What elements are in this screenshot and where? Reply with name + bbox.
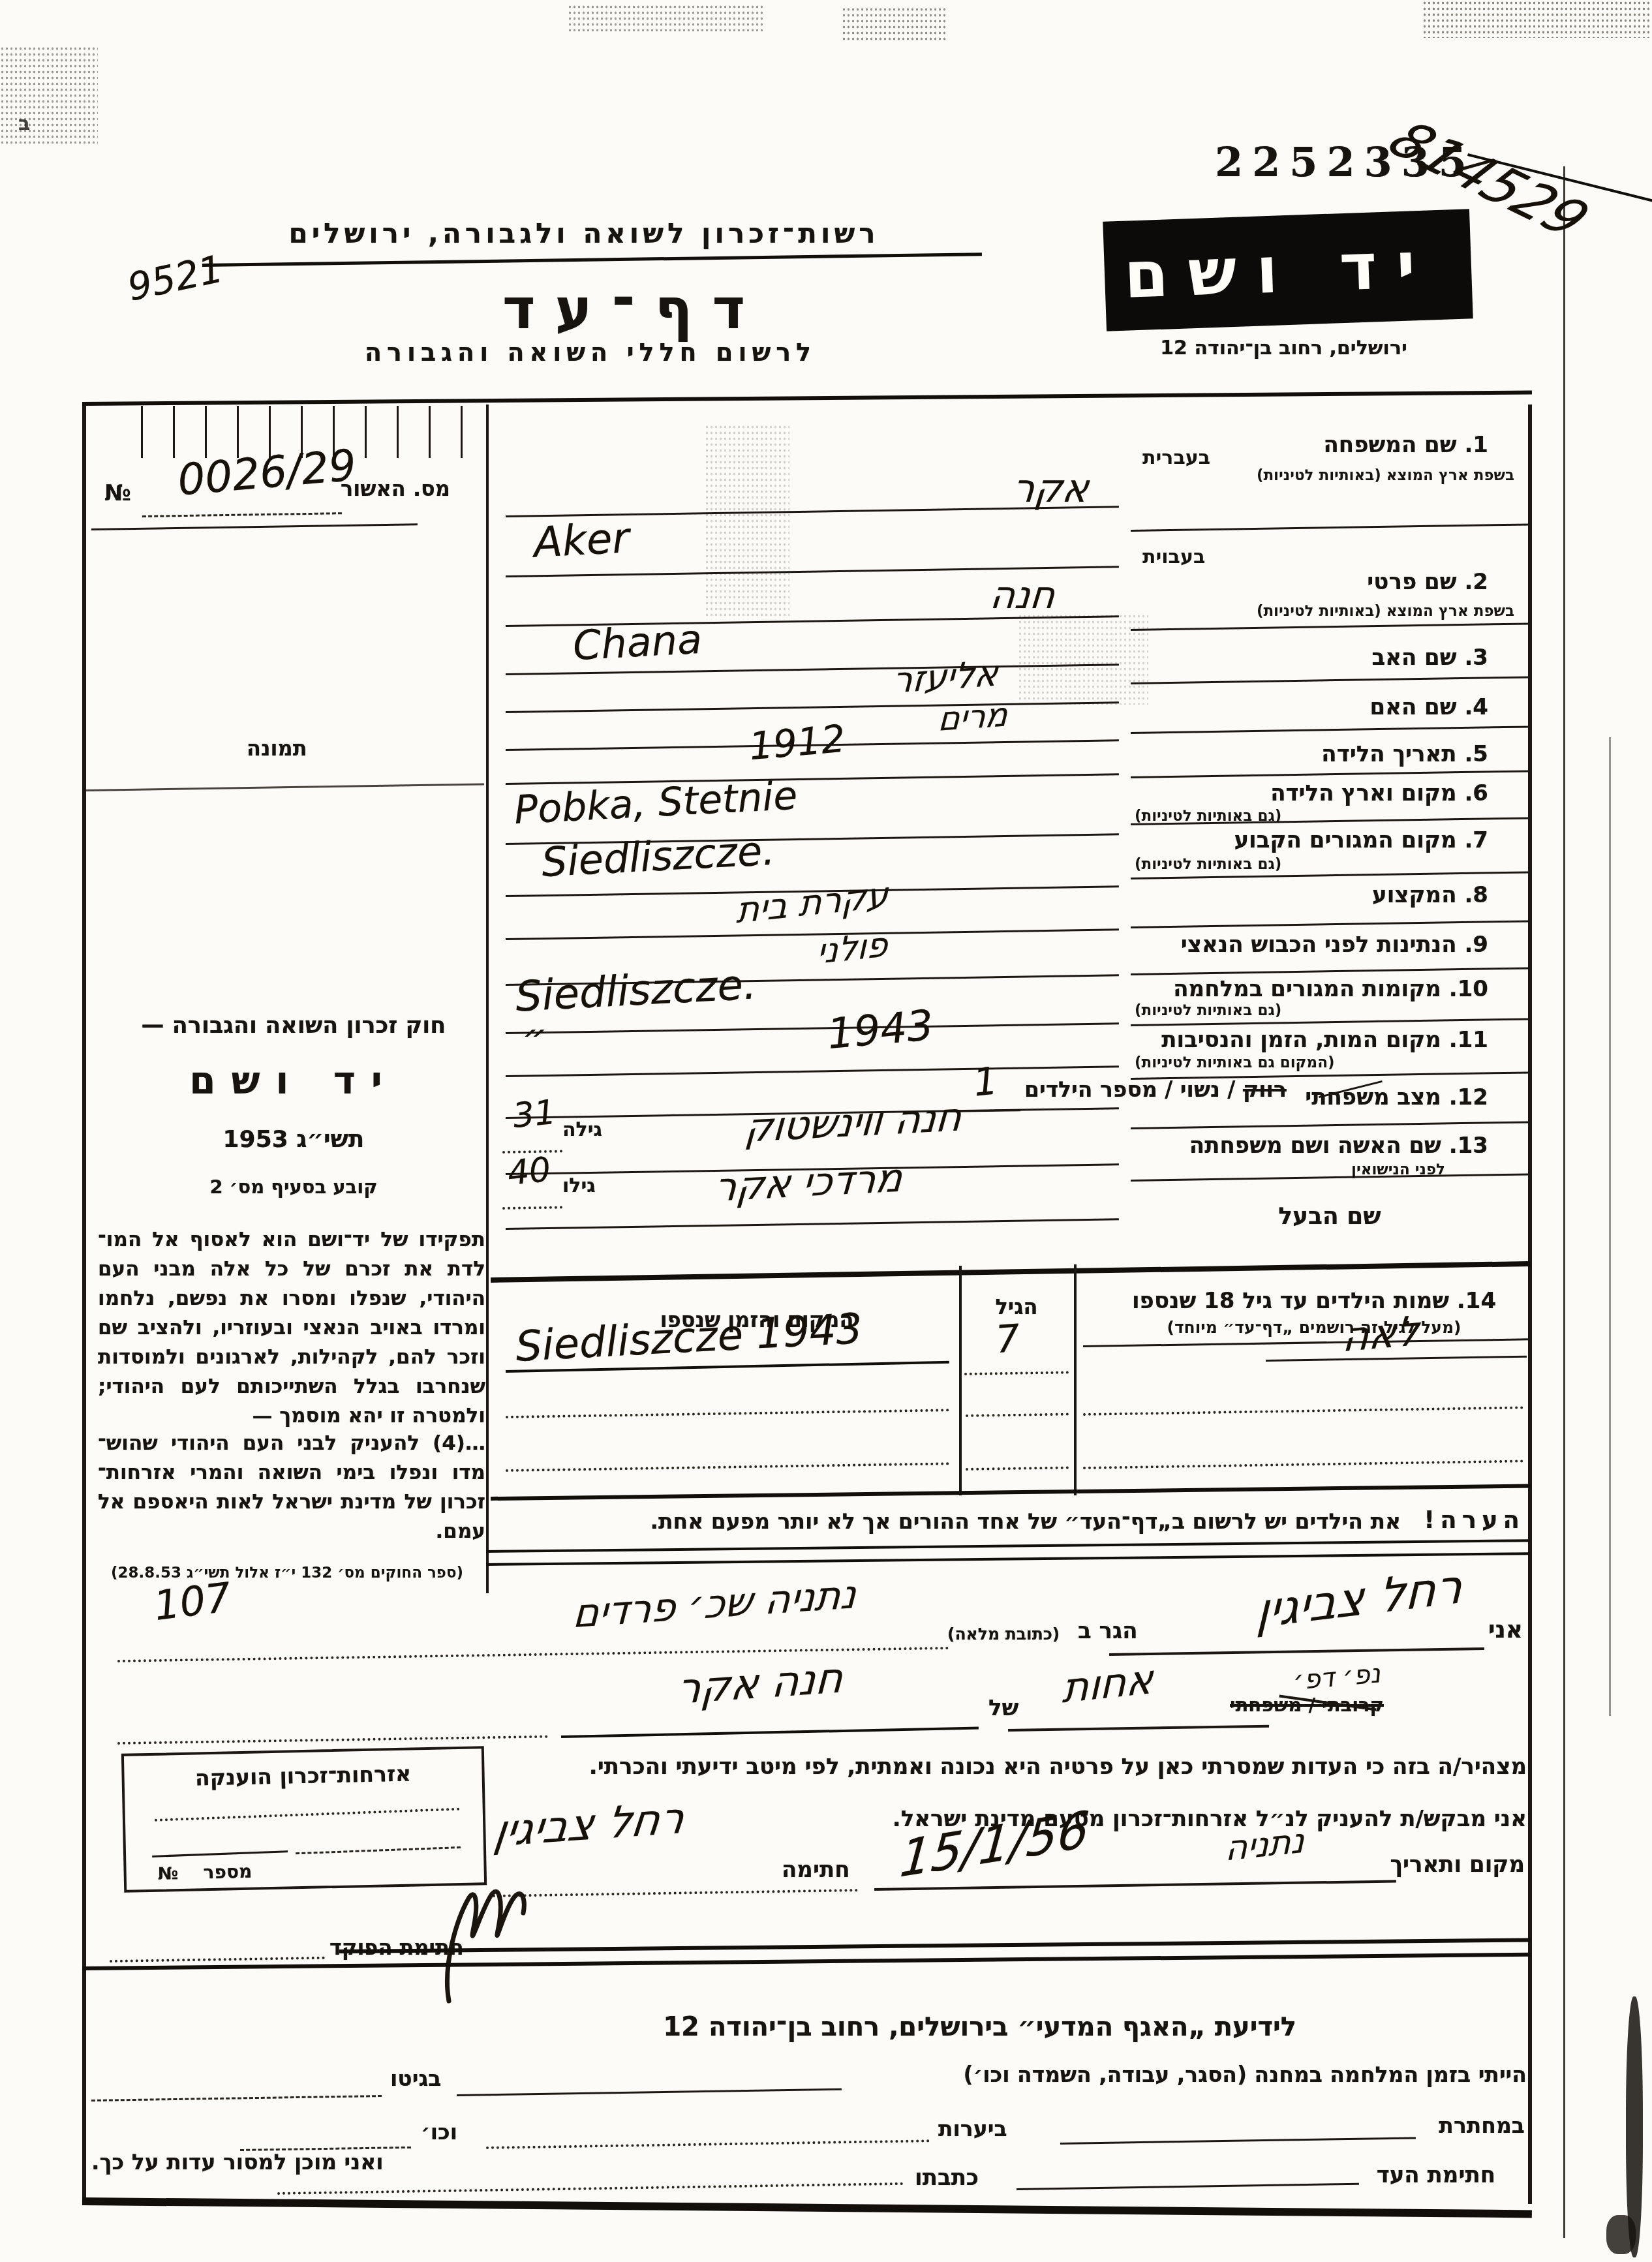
field-separator: [1131, 1121, 1530, 1129]
field-2-number: 2.: [1464, 569, 1488, 595]
scan-noise: [0, 46, 98, 144]
stray-mark: ב: [18, 112, 30, 135]
scan-noise: [1018, 613, 1148, 705]
approval-number-label: מס. האשור: [341, 476, 450, 501]
ghetto-answer-line: [91, 2095, 382, 2102]
field-label-7: 7. מקום המגורים הקבוע (גם באותיות לטיניו…: [1129, 827, 1530, 873]
field-10-title: מקומות המגורים במלחמה: [1173, 976, 1441, 1002]
clerk-signature-line: [110, 1957, 325, 1963]
law-heading-year: תשי״ג 1953: [104, 1126, 483, 1153]
address-number-handwritten: 107: [151, 1573, 234, 1630]
law-source: (ספר החוקים מס׳ 132 י״ז אלול תשי״ג 28.8.…: [90, 1565, 484, 1582]
children-table-top-border: [491, 1261, 1531, 1283]
field-7-title: מקום המגורים הקבוע: [1234, 827, 1456, 853]
field-6-number: 6.: [1464, 780, 1488, 806]
law-paragraph: תפקידו של יד־ושם הוא לאסוף אל המו־ לדת א…: [98, 1225, 485, 1431]
field-separator: [1131, 967, 1530, 975]
declaration-statement-1: מצהיר/ה בזה כי העדות שמסרתי כאן על פרטיה…: [589, 1754, 1527, 1780]
children-table-empty-line: [1083, 1406, 1523, 1416]
field-label-2: בעבוית 2. שם פרטי בשפת ארץ המוצא (באותיו…: [1129, 535, 1530, 620]
field-9-number: 9.: [1464, 932, 1488, 958]
children-table-title: 14. שמות הילדים עד גיל 18 שנספו: [1109, 1288, 1519, 1314]
column-divider: [486, 405, 489, 1593]
witness-address-line: [277, 2182, 904, 2195]
form-subtitle: לרשום חללי השואה והגבורה: [307, 338, 874, 367]
annotation-handwritten: נפ׳ דפ׳: [1292, 1658, 1381, 1696]
form-border-left: [82, 405, 86, 2204]
law-paragraph-2: …(4) להעניק לבני העם היהודי שהוש־ מדו ונ…: [98, 1429, 485, 1546]
clerk-signature-label: חתימת הפוקד: [329, 1935, 464, 1960]
scan-noise: [705, 424, 789, 620]
entry-death-place-ditto: ״: [519, 1015, 549, 1060]
child-age-underline: [964, 1371, 1069, 1375]
field-10-subtitle: (גם באותיות לטיניות): [1129, 1002, 1530, 1019]
signature-line: [493, 1889, 858, 1897]
note-bottom-border2: [486, 1552, 1530, 1566]
field-separator: [1131, 676, 1530, 684]
entry-war-residence: Siedliszcze.: [514, 960, 757, 1021]
husband-name-label: שם הבעל: [1129, 1203, 1530, 1230]
field-7-subtitle: (גם באותיות לטיניות): [1129, 856, 1530, 873]
of-label: של: [988, 1695, 1018, 1721]
relation-line: [1008, 1725, 1269, 1732]
authority-title: רשות־זכרון לשואה ולגבורה, ירושלים: [215, 217, 953, 249]
children-table-column-line: [1074, 1264, 1077, 1495]
field-label-9: 9. הנתינות לפני הכבוש הנאצי: [1129, 932, 1530, 958]
scan-noise: [568, 4, 763, 31]
entry-birth-date: 1912: [747, 716, 847, 769]
entry-citizenship: פולני: [816, 925, 888, 972]
citizenship-number-symbol: №: [157, 1864, 178, 1884]
entry-wife-name: חנה ווינשטוק: [743, 1094, 964, 1152]
his-age-value: 40: [506, 1150, 553, 1194]
camp-answer-line: [457, 2088, 842, 2096]
entry-line: [506, 701, 1119, 713]
field-1-title: שם המשפחה: [1323, 432, 1456, 458]
field-2-language-label: בעבוית: [1142, 545, 1205, 568]
law-heading-yadvashem: יד ושם: [104, 1058, 483, 1103]
field-separator: [1131, 622, 1530, 631]
scientific-branch-notice: לידיעת „האגף המדעי״ בירושלים, רחוב בן־יה…: [663, 2012, 1296, 2042]
approval-row-line: [91, 523, 418, 530]
children-table-empty-line: [506, 1409, 949, 1418]
victim-name-handwritten: חנה אקר: [676, 1654, 845, 1714]
field-label-3: 3. שם האב: [1129, 645, 1530, 671]
marital-options: רווק / נשוי / מספר הילדים: [1024, 1077, 1287, 1102]
scan-noise: [842, 7, 946, 42]
relation-printed-struck: קרובתי / משפחתי: [1230, 1694, 1384, 1716]
testify-statement: ואני מוכן למסור עדות על כך.: [91, 2149, 384, 2175]
declarant-signature-handwritten: רחל צביגין: [491, 1792, 688, 1856]
place-date-line: [874, 1880, 1396, 1891]
yad-vashem-logo: יד ושם: [1103, 209, 1473, 331]
entry-family-name-hebrew: אקר: [1010, 466, 1091, 512]
children-table-empty-line: [966, 1413, 1069, 1417]
field-separator: [1131, 726, 1530, 734]
field-3-number: 3.: [1464, 645, 1488, 671]
underground-label: במחתרת: [1439, 2113, 1525, 2138]
relation-handwritten: אחות: [1062, 1655, 1154, 1712]
form-border-bottom: [82, 2197, 1532, 2218]
declarant-i-label: אני: [1488, 1617, 1523, 1643]
field-11-number: 11.: [1449, 1027, 1488, 1053]
note-label: הערה!: [1424, 1506, 1525, 1534]
field-13-title: שם האשה ושם משפחתה: [1189, 1133, 1441, 1159]
field-5-number: 5.: [1464, 741, 1488, 767]
entry-husband-name: מרדכי אקר: [712, 1155, 904, 1210]
forests-label: ביערות: [938, 2116, 1007, 2141]
field-3-title: שם האב: [1371, 645, 1456, 671]
entry-line: [506, 1065, 1119, 1077]
field-13-number: 13.: [1449, 1133, 1488, 1159]
forests-answer-line: [486, 2139, 930, 2149]
field-11-title: מקום המות, הזמן והנסיבות: [1161, 1027, 1441, 1053]
photo-placeholder-label: תמונה: [247, 736, 307, 761]
field-label-1: בעברית 1. שם המשפחה בשפת ארץ המוצא (באות…: [1129, 432, 1530, 484]
camp-question: הייתי בזמן המלחמה במחנה (הסגר, עבודה, הש…: [964, 2062, 1527, 2087]
note-top-border: [491, 1484, 1531, 1501]
yad-vashem-logo-text: יד ושם: [1123, 227, 1453, 313]
field-9-title: הנתינות לפני הכבוש הנאצי: [1181, 932, 1457, 958]
husband-name-label-text: שם הבעל: [1129, 1203, 1530, 1230]
field-label-13: 13. שם האשה ושם משפחתה לפני הנישואין: [1129, 1133, 1530, 1178]
children-table-column-line: [959, 1266, 962, 1495]
place-handwritten: נתניה: [1225, 1821, 1305, 1869]
field-label-5: 5. תאריך הלידה: [1129, 741, 1530, 767]
field-4-number: 4.: [1464, 694, 1488, 720]
address-handwritten: נתניה שכ׳ פרדים: [572, 1572, 858, 1638]
field-12-title: מצב משפחתי: [1305, 1084, 1441, 1110]
her-age-label: גילה: [562, 1118, 602, 1141]
scan-noise: [1422, 0, 1652, 38]
field-6-title: מקום וארץ הלידה: [1270, 780, 1456, 806]
field-11-subtitle: (המקום גם באותיות לטיניות): [1129, 1054, 1530, 1071]
resident-label: הגר ב: [1078, 1618, 1138, 1644]
entry-residence: Siedliszcze.: [540, 827, 776, 887]
witness-address-label: כתבתו: [915, 2165, 979, 2191]
child-age: 7: [994, 1316, 1022, 1362]
page-edge-line: [1609, 737, 1611, 1716]
entry-mother-name: מרים: [937, 695, 1009, 739]
child-name: לאה: [1341, 1306, 1421, 1361]
entry-death-year: 1943: [825, 1001, 936, 1059]
field-label-11: 11. מקום המות, הזמן והנסיבות (המקום גם ב…: [1129, 1027, 1530, 1071]
law-heading: חוק זכרון השואה והגבורה —: [104, 1013, 483, 1039]
her-age-value: 31: [511, 1093, 558, 1137]
child-place-and-year: Siedliszcze 1943: [514, 1305, 863, 1371]
underground-answer-line: [1060, 2137, 1416, 2145]
declarant-name-line: [1109, 1647, 1484, 1656]
citizenship-box-title: אזרחות־זכרון הוענקה: [124, 1759, 482, 1792]
scanned-testimony-page: ב 9521 רשות־זכרון לשואה ולגבורה, ירושלים…: [0, 0, 1652, 2262]
field-4-title: שם האם: [1369, 694, 1456, 720]
field-5-title: תאריך הלידה: [1321, 741, 1456, 767]
entry-children-count: 1: [971, 1058, 1000, 1105]
form-border-top: [82, 391, 1532, 406]
children-table-title-sub: (מעל לגיל זה רושמים „דף־עד״ מיוחד): [1109, 1318, 1519, 1337]
photo-box-line: [86, 783, 484, 791]
note-text: את הילדים יש לרשום ב„דף־העד״ של אחד ההור…: [650, 1508, 1401, 1534]
authority-underline: [202, 252, 982, 267]
entry-line: [506, 1022, 1119, 1034]
page-edge-blob: [1606, 2215, 1636, 2254]
children-table-empty-line: [1083, 1460, 1523, 1469]
form-title: דף־עד: [502, 277, 765, 342]
victim-name-line: [561, 1727, 979, 1738]
note-bottom-border: [486, 1539, 1530, 1553]
field-8-title: המקצוע: [1372, 882, 1457, 908]
law-heading-section: קובע בסעיף מס׳ 2: [104, 1176, 483, 1198]
entry-line: [506, 928, 1119, 940]
children-table-empty-line: [966, 1467, 1069, 1471]
approval-number-symbol: №: [104, 480, 131, 506]
entry-first-name-latin: Chana: [572, 615, 703, 669]
child-name-underline: [1266, 1356, 1527, 1362]
field-separator: [1131, 920, 1530, 928]
field-label-10: 10. מקומות המגורים במלחמה (גם באותיות לט…: [1129, 976, 1530, 1019]
citizenship-box-line2: [152, 1850, 288, 1857]
declarant-name-handwritten: רחל צביגין: [1255, 1558, 1463, 1639]
corner-scribble-number: 9521: [124, 246, 228, 309]
citizenship-box-line: [155, 1808, 460, 1822]
children-table-header-line: [1083, 1338, 1530, 1347]
address-caption: (כתובת מלאה): [947, 1625, 1060, 1643]
citizenship-number-label: מספר: [203, 1861, 252, 1884]
field-2-title: שם פרטי: [1367, 569, 1456, 595]
approval-number-line: [142, 512, 342, 517]
field-1-number: 1.: [1464, 432, 1488, 458]
entry-father-name: אליעזר: [891, 652, 1000, 701]
field-1-subtitle: בשפת ארץ המוצא (באותיות לטיניות): [1129, 467, 1530, 484]
field-7-number: 7.: [1464, 827, 1488, 853]
field-separator: [1131, 770, 1530, 778]
logo-address: ירושלים, רחוב בן־יהודה 12: [1093, 337, 1475, 359]
field-separator: [1131, 1018, 1530, 1026]
entry-line: [506, 1218, 1119, 1230]
entry-profession: עקרת בית: [736, 874, 889, 931]
field-8-number: 8.: [1464, 882, 1488, 908]
victim-line-dotted: [117, 1735, 548, 1745]
witness-signature-label: חתימת העד: [1377, 2162, 1495, 2188]
etc-label: וכו׳: [421, 2119, 457, 2145]
citizenship-box-line3: [296, 1846, 461, 1854]
field-label-8: 8. המקצוע: [1129, 882, 1530, 908]
page-edge-line: [1563, 166, 1565, 2238]
place-date-label: מקום ותאריך: [1390, 1852, 1525, 1878]
field-12-number: 12.: [1449, 1084, 1488, 1110]
marital-options-rest: / נשוי / מספר הילדים: [1024, 1077, 1235, 1102]
field-2-subtitle: בשפת ארץ המוצא (באותיות לטיניות): [1129, 603, 1530, 620]
signature-label: חתימה: [782, 1857, 850, 1883]
children-table-empty-line: [506, 1462, 949, 1472]
field-1-language-label: בעברית: [1142, 446, 1210, 469]
entry-first-name-hebrew: חנה: [988, 573, 1057, 617]
ghetto-label: בגיטו: [390, 2066, 441, 2091]
field-label-4: 4. שם האם: [1129, 694, 1530, 720]
marital-option-struck: רווק: [1243, 1077, 1287, 1102]
his-age-line: [502, 1206, 562, 1210]
his-age-label: גילו: [562, 1174, 596, 1197]
witness-signature-line: [1017, 2183, 1359, 2190]
field-separator: [1131, 523, 1530, 532]
field-10-number: 10.: [1449, 976, 1488, 1002]
form-border-right: [1528, 405, 1532, 2204]
footer-divider-bottom: [82, 1953, 1531, 1970]
entry-family-name-latin: Aker: [532, 514, 630, 568]
